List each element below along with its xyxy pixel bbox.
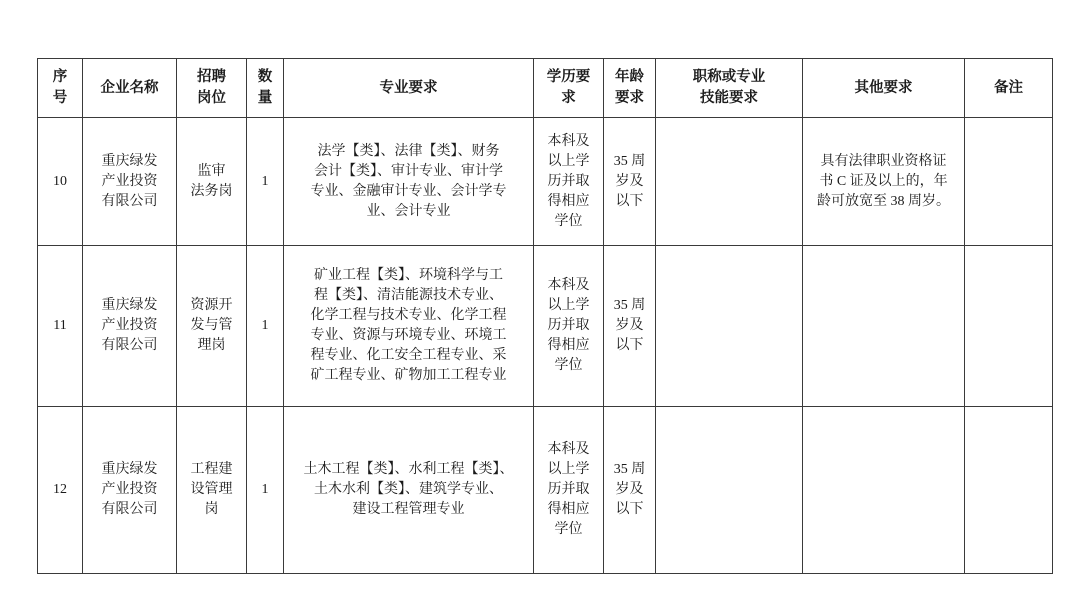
header-company: 企业名称 <box>83 59 177 118</box>
cell-title-skill <box>656 407 803 574</box>
cell-position: 资源开 发与管 理岗 <box>177 246 247 407</box>
header-remark: 备注 <box>965 59 1053 118</box>
cell-age: 35 周 岁及 以下 <box>604 407 656 574</box>
cell-title-skill <box>656 118 803 246</box>
cell-education: 本科及 以上学 历并取 得相应 学位 <box>534 246 604 407</box>
header-position: 招聘 岗位 <box>177 59 247 118</box>
cell-remark <box>965 246 1053 407</box>
cell-company: 重庆绿发 产业投资 有限公司 <box>83 407 177 574</box>
header-title-skill: 职称或专业 技能要求 <box>656 59 803 118</box>
cell-title-skill <box>656 246 803 407</box>
cell-education: 本科及 以上学 历并取 得相应 学位 <box>534 407 604 574</box>
cell-age: 35 周 岁及 以下 <box>604 246 656 407</box>
cell-count: 1 <box>247 118 284 246</box>
cell-other <box>803 246 965 407</box>
cell-major: 矿业工程【类】、环境科学与工 程【类】、清洁能源技术专业、 化学工程与技术专业、… <box>284 246 534 407</box>
cell-seq: 12 <box>38 407 83 574</box>
table-row: 11 重庆绿发 产业投资 有限公司 资源开 发与管 理岗 1 矿业工程【类】、环… <box>38 246 1053 407</box>
document-page: 序 号 企业名称 招聘 岗位 数 量 专业要求 学历要 求 年龄 要求 职称或专… <box>0 0 1086 590</box>
header-education: 学历要 求 <box>534 59 604 118</box>
cell-seq: 11 <box>38 246 83 407</box>
cell-position: 工程建 设管理 岗 <box>177 407 247 574</box>
cell-remark <box>965 407 1053 574</box>
cell-remark <box>965 118 1053 246</box>
header-seq: 序 号 <box>38 59 83 118</box>
cell-position: 监审 法务岗 <box>177 118 247 246</box>
cell-age: 35 周 岁及 以下 <box>604 118 656 246</box>
header-age: 年龄 要求 <box>604 59 656 118</box>
table-row: 12 重庆绿发 产业投资 有限公司 工程建 设管理 岗 1 土木工程【类】、水利… <box>38 407 1053 574</box>
cell-major: 土木工程【类】、水利工程【类】、 土木水利【类】、建筑学专业、 建设工程管理专业 <box>284 407 534 574</box>
cell-company: 重庆绿发 产业投资 有限公司 <box>83 118 177 246</box>
cell-other <box>803 407 965 574</box>
header-row: 序 号 企业名称 招聘 岗位 数 量 专业要求 学历要 求 年龄 要求 职称或专… <box>38 59 1053 118</box>
cell-seq: 10 <box>38 118 83 246</box>
cell-major: 法学【类】、法律【类】、财务 会计【类】、审计专业、审计学 专业、金融审计专业、… <box>284 118 534 246</box>
cell-count: 1 <box>247 407 284 574</box>
cell-count: 1 <box>247 246 284 407</box>
cell-other: 具有法律职业资格证 书 C 证及以上的，年 龄可放宽至 38 周岁。 <box>803 118 965 246</box>
recruitment-table: 序 号 企业名称 招聘 岗位 数 量 专业要求 学历要 求 年龄 要求 职称或专… <box>37 58 1053 574</box>
cell-education: 本科及 以上学 历并取 得相应 学位 <box>534 118 604 246</box>
header-other: 其他要求 <box>803 59 965 118</box>
header-count: 数 量 <box>247 59 284 118</box>
table-row: 10 重庆绿发 产业投资 有限公司 监审 法务岗 1 法学【类】、法律【类】、财… <box>38 118 1053 246</box>
cell-company: 重庆绿发 产业投资 有限公司 <box>83 246 177 407</box>
header-major: 专业要求 <box>284 59 534 118</box>
